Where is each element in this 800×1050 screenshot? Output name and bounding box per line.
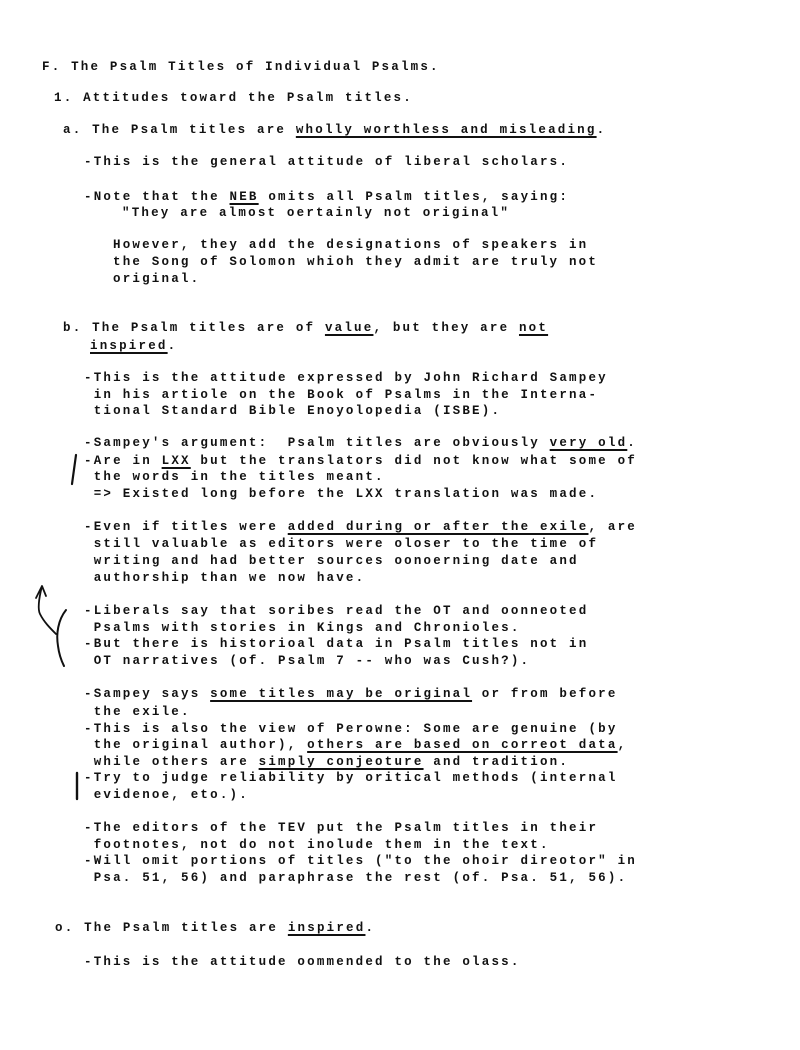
sampey-intro: tional Standard Bible Enoyolopedia (ISBE… [84,403,501,419]
exile-line: authorship than we now have. [84,570,365,586]
perowne-line: the original author), others are based o… [84,737,627,753]
section-heading: F. The Psalm Titles of Individual Psalms… [42,59,440,75]
argument-line: => Existed long before the LXX translati… [84,486,598,502]
emphasis: simply conjeoture [259,755,424,769]
sampey-intro: in his artiole on the Book of Psalms in … [84,387,598,403]
liberals-line: Psalms with stories in Kings and Chronio… [84,620,521,636]
emphasis: inspired [288,921,366,935]
perowne-line: evidenoe, eto.). [84,787,249,803]
emphasis: NEB [230,190,259,204]
tev-line: Psa. 51, 56) and paraphrase the rest (of… [84,870,627,886]
emphasis: added during or after the exile [288,520,589,534]
section-a-point: -This is the general attitude of liberal… [84,154,569,170]
tev-line: footnotes, not do not inolude them in th… [84,837,550,853]
argument-line: -Are in LXX but the translators did not … [84,453,637,469]
section-a-note: However, they add the designations of sp… [113,237,588,253]
section-b-title: b. The Psalm titles are of value, but th… [63,320,548,336]
argument-line: the words in the titles meant. [84,469,385,485]
margin-bar-icon [72,770,82,802]
emphasis: wholly worthless and misleading [296,123,597,137]
liberals-line: -But there is historioal data in Psalm t… [84,636,588,652]
section-c-point: -This is the attitude oommended to the o… [84,954,521,970]
perowne-line: the exile. [84,704,191,720]
perowne-line: -Sampey says some titles may be original… [84,686,618,702]
emphasis: not [519,321,548,335]
emphasis: some titles may be original [210,687,472,701]
section-b-title-cont: inspired. [90,338,177,354]
emphasis: very old [550,436,628,450]
perowne-line: while others are simply conjeoture and t… [84,754,569,770]
subheading: 1. Attitudes toward the Psalm titles. [54,90,413,106]
emphasis: inspired [90,339,168,353]
quote-line: "They are almost oertainly not original" [122,205,510,221]
section-c-title: o. The Psalm titles are inspired. [55,920,375,936]
tev-line: -The editors of the TEV put the Psalm ti… [84,820,598,836]
section-a-point: -Note that the NEB omits all Psalm title… [84,189,569,205]
perowne-line: -This is also the view of Perowne: Some … [84,721,618,737]
exile-line: -Even if titles were added during or aft… [84,519,637,535]
section-a-note: original. [113,271,200,287]
section-a-note: the Song of Solomon whioh they admit are… [113,254,598,270]
emphasis: LXX [162,454,191,468]
perowne-line: -Try to judge reliability by oritical me… [84,770,618,786]
section-a-title: a. The Psalm titles are wholly worthless… [63,122,606,138]
margin-bar-icon [66,452,80,488]
sampey-intro: -This is the attitude expressed by John … [84,370,608,386]
liberals-line: OT narratives (of. Psalm 7 -- who was Cu… [84,653,530,669]
emphasis: value [325,321,374,335]
tev-line: -Will omit portions of titles ("to the o… [84,853,637,869]
liberals-line: -Liberals say that soribes read the OT a… [84,603,588,619]
exile-line: writing and had better sources oonoernin… [84,553,579,569]
argument-line: -Sampey's argument: Psalm titles are obv… [84,435,637,451]
margin-arrow-bracket-icon [28,582,72,672]
emphasis: others are based on correot data [307,738,617,752]
exile-line: still valuable as editors were oloser to… [84,536,598,552]
